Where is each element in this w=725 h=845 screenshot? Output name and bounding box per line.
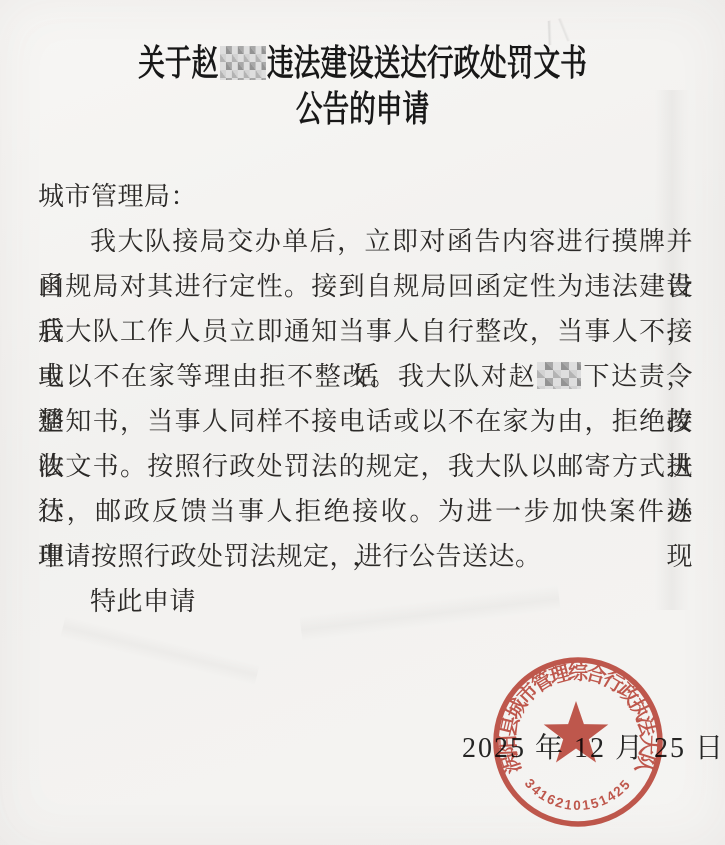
- closing-phrase: 特此申请: [38, 579, 693, 624]
- text-run: 申请按照行政处罚法规定，进行公告送达。: [38, 542, 542, 571]
- redaction-mosaic: [537, 362, 581, 389]
- body-line: 我大队工作人员立即通知当事人自行整改，当事人不接电话，: [38, 309, 693, 354]
- text-run: 或以不在家等理由拒不整改。我大队对赵: [38, 362, 536, 391]
- title-line-2: 公告的申请: [94, 86, 631, 132]
- text-run: 关于赵: [138, 42, 218, 83]
- body-line: 达，邮政反馈当事人拒绝接收。为进一步加快案件办理，现: [38, 489, 693, 534]
- seal-number: 3416210151425: [522, 776, 634, 813]
- body-line: 或以不在家等理由拒不整改。我大队对赵下达责令整改: [38, 354, 693, 399]
- text-run: 特此申请: [90, 587, 196, 616]
- body-line: 通知书，当事人同样不接电话或以不在家为由，拒绝接收执: [38, 399, 693, 444]
- document-body: 城市管理局：我大队接局交办单后，立即对函告内容进行摸牌并函告自规局对其进行定性。…: [38, 174, 693, 624]
- title-line-1: 关于赵违法建设送达行政处罚文书: [94, 40, 631, 86]
- document-date: 2025 年 12 月 25 日: [462, 726, 725, 766]
- redaction-mosaic: [220, 46, 266, 80]
- text-run: 违法建设送达行政处罚文书: [267, 42, 587, 83]
- paper-crease: [60, 616, 259, 686]
- text-run: 公告的申请: [296, 88, 429, 129]
- scanned-document-page: 关于赵违法建设送达行政处罚文书公告的申请 城市管理局：我大队接局交办单后，立即对…: [0, 0, 725, 845]
- salutation: 城市管理局：: [38, 174, 693, 219]
- text-run: 城市管理局：: [38, 182, 197, 211]
- body-line: 自规局对其进行定性。接到自规局回函定性为违法建设后，: [38, 264, 693, 309]
- body-line: 法文书。按照行政处罚法的规定，我大队以邮寄方式进行送: [38, 444, 693, 489]
- document-title: 关于赵违法建设送达行政处罚文书公告的申请: [0, 40, 725, 132]
- body-line: 我大队接局交办单后，立即对函告内容进行摸牌并函告: [38, 219, 693, 264]
